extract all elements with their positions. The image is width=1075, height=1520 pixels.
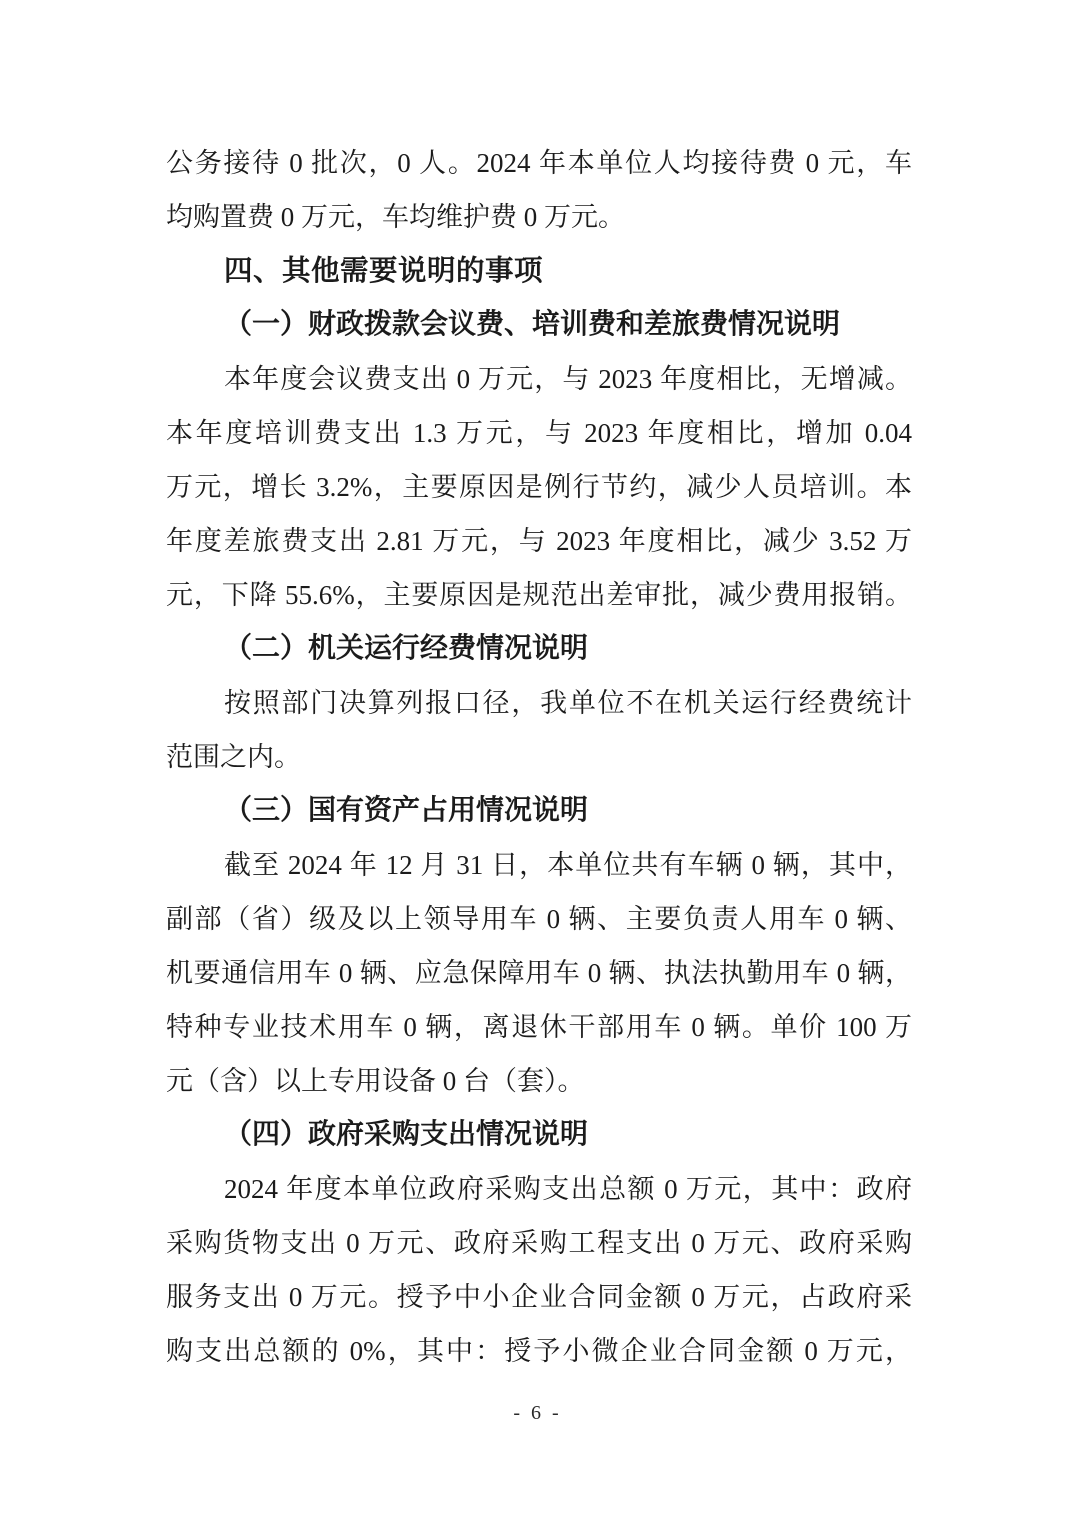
subsection-heading: （三）国有资产占用情况说明 <box>166 784 912 838</box>
text-line: 万元，增长 3.2%，主要原因是例行节约，减少人员培训。本 <box>166 460 912 514</box>
text-line: 机要通信用车 0 辆、应急保障用车 0 辆、执法执勤用车 0 辆， <box>166 946 912 1000</box>
text-line: 均购置费 0 万元，车均维护费 0 万元。 <box>166 190 912 244</box>
page-number: - 6 - <box>0 1402 1075 1425</box>
text-line: 购支出总额的 0%，其中：授予小微企业合同金额 0 万元， <box>166 1324 912 1378</box>
text-line: 本年度培训费支出 1.3 万元，与 2023 年度相比，增加 0.04 <box>166 406 912 460</box>
text-line: 范围之内。 <box>166 730 912 784</box>
subsection-heading: （二）机关运行经费情况说明 <box>166 622 912 676</box>
subsection-heading: （一）财政拨款会议费、培训费和差旅费情况说明 <box>166 298 912 352</box>
text-line: 本年度会议费支出 0 万元，与 2023 年度相比，无增减。 <box>166 352 912 406</box>
text-line: 元，下降 55.6%，主要原因是规范出差审批，减少费用报销。 <box>166 568 912 622</box>
text-line: 年度差旅费支出 2.81 万元，与 2023 年度相比，减少 3.52 万 <box>166 514 912 568</box>
text-line: 公务接待 0 批次，0 人。2024 年本单位人均接待费 0 元，车 <box>166 136 912 190</box>
document-body: 公务接待 0 批次，0 人。2024 年本单位人均接待费 0 元，车均购置费 0… <box>166 136 912 1378</box>
text-line: 副部（省）级及以上领导用车 0 辆、主要负责人用车 0 辆、 <box>166 892 912 946</box>
text-line: 特种专业技术用车 0 辆，离退休干部用车 0 辆。单价 100 万 <box>166 1000 912 1054</box>
section-heading: 四、其他需要说明的事项 <box>166 244 912 298</box>
text-line: 截至 2024 年 12 月 31 日，本单位共有车辆 0 辆，其中， <box>166 838 912 892</box>
document-page: 公务接待 0 批次，0 人。2024 年本单位人均接待费 0 元，车均购置费 0… <box>0 0 1075 1520</box>
text-line: 采购货物支出 0 万元、政府采购工程支出 0 万元、政府采购 <box>166 1216 912 1270</box>
text-line: 2024 年度本单位政府采购支出总额 0 万元，其中：政府 <box>166 1162 912 1216</box>
text-line: 服务支出 0 万元。授予中小企业合同金额 0 万元，占政府采 <box>166 1270 912 1324</box>
text-line: 按照部门决算列报口径，我单位不在机关运行经费统计 <box>166 676 912 730</box>
text-line: 元（含）以上专用设备 0 台（套）。 <box>166 1054 912 1108</box>
subsection-heading: （四）政府采购支出情况说明 <box>166 1108 912 1162</box>
